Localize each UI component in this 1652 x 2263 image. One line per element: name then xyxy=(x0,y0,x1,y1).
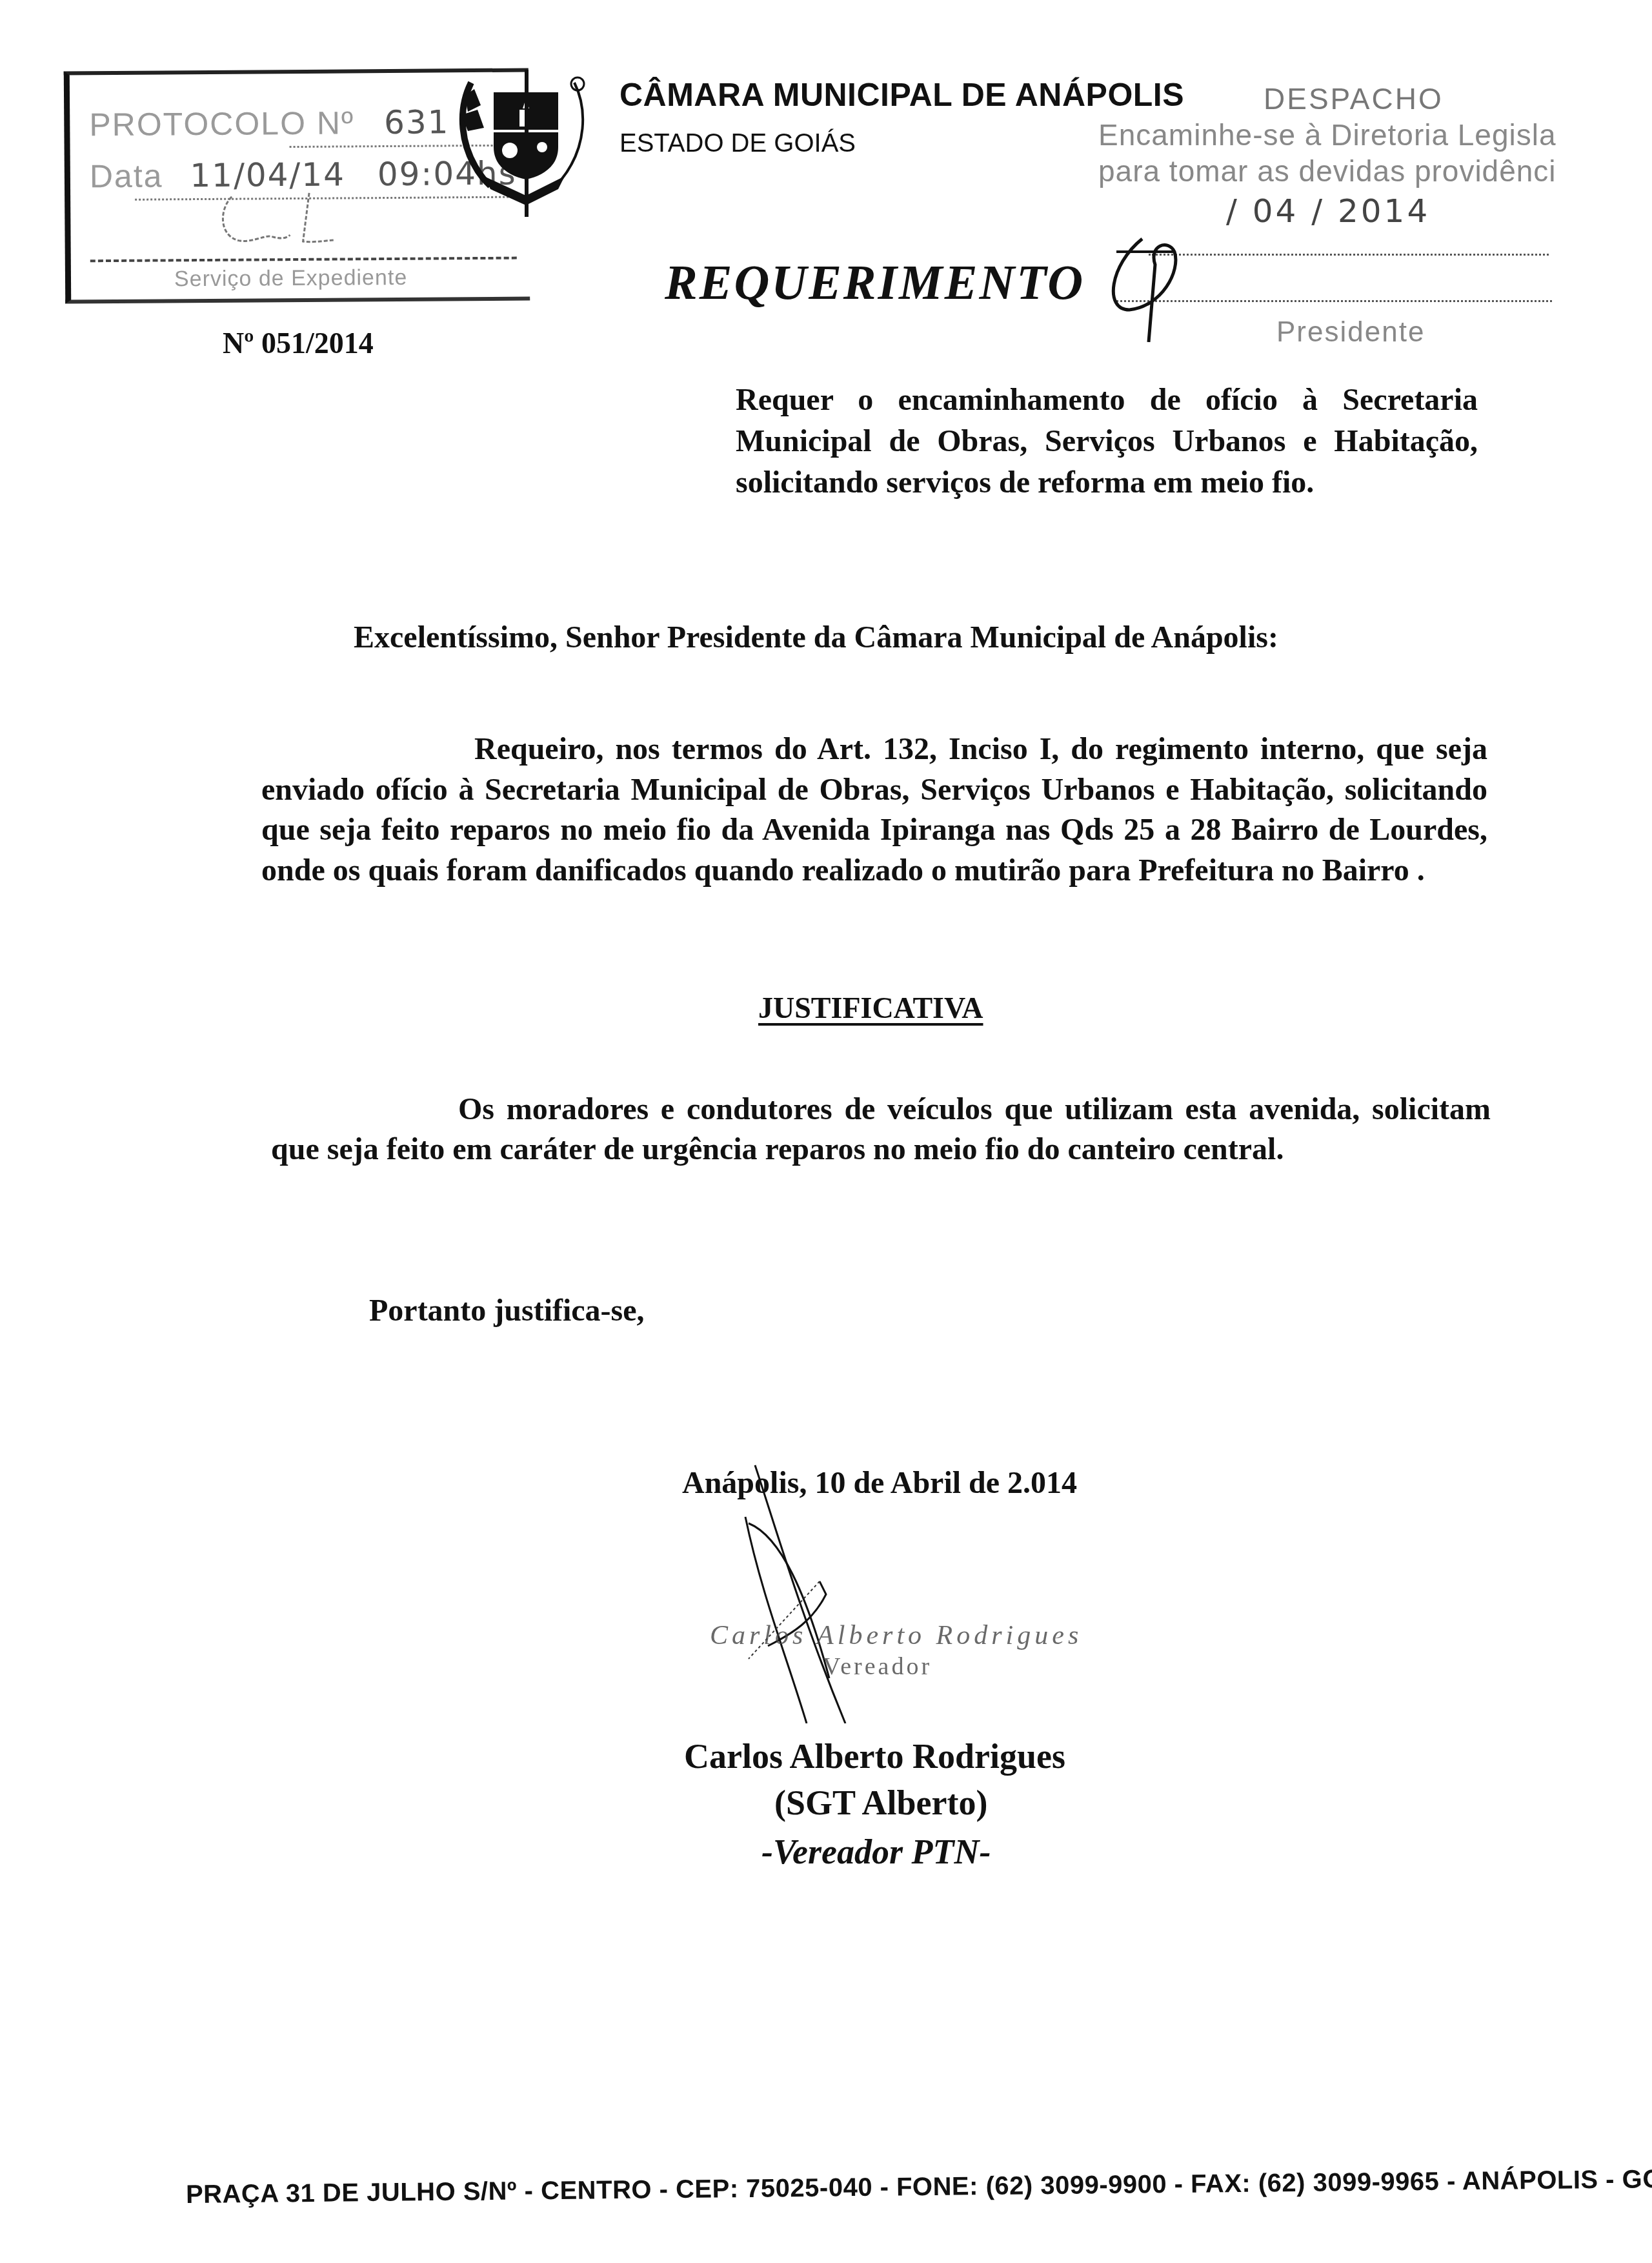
document-title: REQUERIMENTO xyxy=(665,255,1085,311)
date-value: 11/04/14 xyxy=(190,156,345,194)
signer-role: -Vereador PTN- xyxy=(761,1832,991,1872)
despacho-line-1: Encaminhe-se à Diretoria Legisla xyxy=(1098,117,1556,152)
coat-of-arms-icon xyxy=(445,70,600,218)
despacho-title: DESPACHO xyxy=(1264,81,1444,116)
document-number: Nº 051/2014 xyxy=(223,326,374,360)
institution-name: CÂMARA MUNICIPAL DE ANÁPOLIS xyxy=(619,76,1184,114)
closing-phrase: Portanto justifica-se, xyxy=(369,1293,645,1328)
date-label: Data xyxy=(90,157,163,194)
footer-address: PRAÇA 31 DE JULHO S/Nº - CENTRO - CEP: 7… xyxy=(186,2164,1652,2209)
document-summary: Requer o encaminhamento de ofício à Secr… xyxy=(736,380,1478,503)
stamp-signature-icon xyxy=(212,190,342,249)
signature-name-stamp: Carlos Alberto Rodrigues xyxy=(710,1620,1082,1651)
despacho-signer: Presidente xyxy=(1276,316,1425,349)
protocol-number: 631 xyxy=(384,103,450,141)
stamp-department: Serviço de Expediente xyxy=(174,265,407,292)
protocol-number-line: PROTOCOLO Nº 631 xyxy=(89,103,450,143)
state-name: ESTADO DE GOIÁS xyxy=(619,129,856,158)
salutation: Excelentíssimo, Senhor Presidente da Câm… xyxy=(354,620,1278,655)
signer-nickname: (SGT Alberto) xyxy=(774,1783,988,1823)
president-signature-icon xyxy=(1103,213,1233,342)
signer-name: Carlos Alberto Rodrigues xyxy=(684,1736,1065,1776)
request-body: Requeiro, nos termos do Art. 132, Inciso… xyxy=(261,729,1487,891)
stamp-signature-rule xyxy=(90,257,517,263)
handwritten-signature-icon xyxy=(678,1446,1097,1723)
justification-heading: JUSTIFICATIVA xyxy=(758,991,983,1025)
justification-body: Os moradores e condutores de veículos qu… xyxy=(271,1090,1491,1170)
signature-role-stamp: Vereador xyxy=(823,1652,932,1681)
despacho-date: / 04 / 2014 xyxy=(1226,192,1430,230)
despacho-line-2: para tomar as devidas providênci xyxy=(1098,154,1556,188)
protocol-label: PROTOCOLO Nº xyxy=(89,105,354,143)
